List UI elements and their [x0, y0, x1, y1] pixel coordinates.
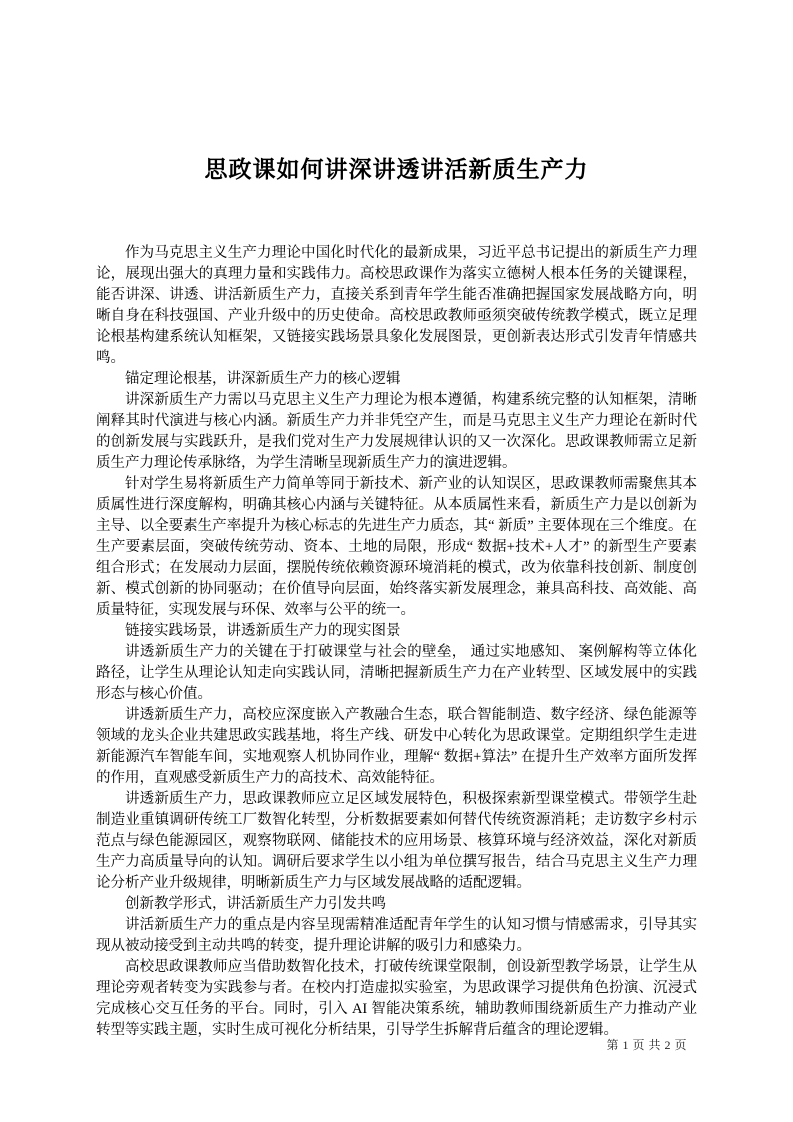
paragraph: 讲透新质生产力，高校应深度嵌入产教融合生态，联合智能制造、数字经济、绿色能源等领… — [96, 705, 697, 789]
paragraph: 高校思政课教师应当借助数智化技术，打破传统课堂限制，创设新型教学场景，让学生从理… — [96, 957, 697, 1041]
document-title: 思政课如何讲深讲透讲活新质生产力 — [0, 153, 793, 187]
section-heading-1: 锚定理论根基，讲深新质生产力的核心逻辑 — [96, 369, 697, 390]
paragraph-intro: 作为马克思主义生产力理论中国化时代化的最新成果，习近平总书记提出的新质生产力理论… — [96, 243, 697, 369]
paragraph: 讲深新质生产力需以马克思主义生产力理论为根本遵循，构建系统完整的认知框架，清晰阐… — [96, 390, 697, 474]
page-number-indicator: 第 1 页 共 2 页 — [606, 1036, 687, 1053]
document-body: 作为马克思主义生产力理论中国化时代化的最新成果，习近平总书记提出的新质生产力理论… — [96, 243, 697, 1041]
document-page: 思政课如何讲深讲透讲活新质生产力 作为马克思主义生产力理论中国化时代化的最新成果… — [0, 0, 793, 1122]
paragraph: 讲透新质生产力的关键在于打破课堂与社会的壁垒， 通过实地感知、 案例解构等立体化… — [96, 642, 697, 705]
paragraph: 讲透新质生产力，思政课教师应立足区域发展特色，积极探索新型课堂模式。带领学生赴制… — [96, 789, 697, 894]
paragraph: 讲活新质生产力的重点是内容呈现需精准适配青年学生的认知习惯与情感需求，引导其实现… — [96, 915, 697, 957]
section-heading-2: 链接实践场景，讲透新质生产力的现实图景 — [96, 621, 697, 642]
section-heading-3: 创新教学形式，讲活新质生产力引发共鸣 — [96, 894, 697, 915]
paragraph: 针对学生易将新质生产力简单等同于新技术、新产业的认知误区，思政课教师需聚焦其本质… — [96, 474, 697, 621]
